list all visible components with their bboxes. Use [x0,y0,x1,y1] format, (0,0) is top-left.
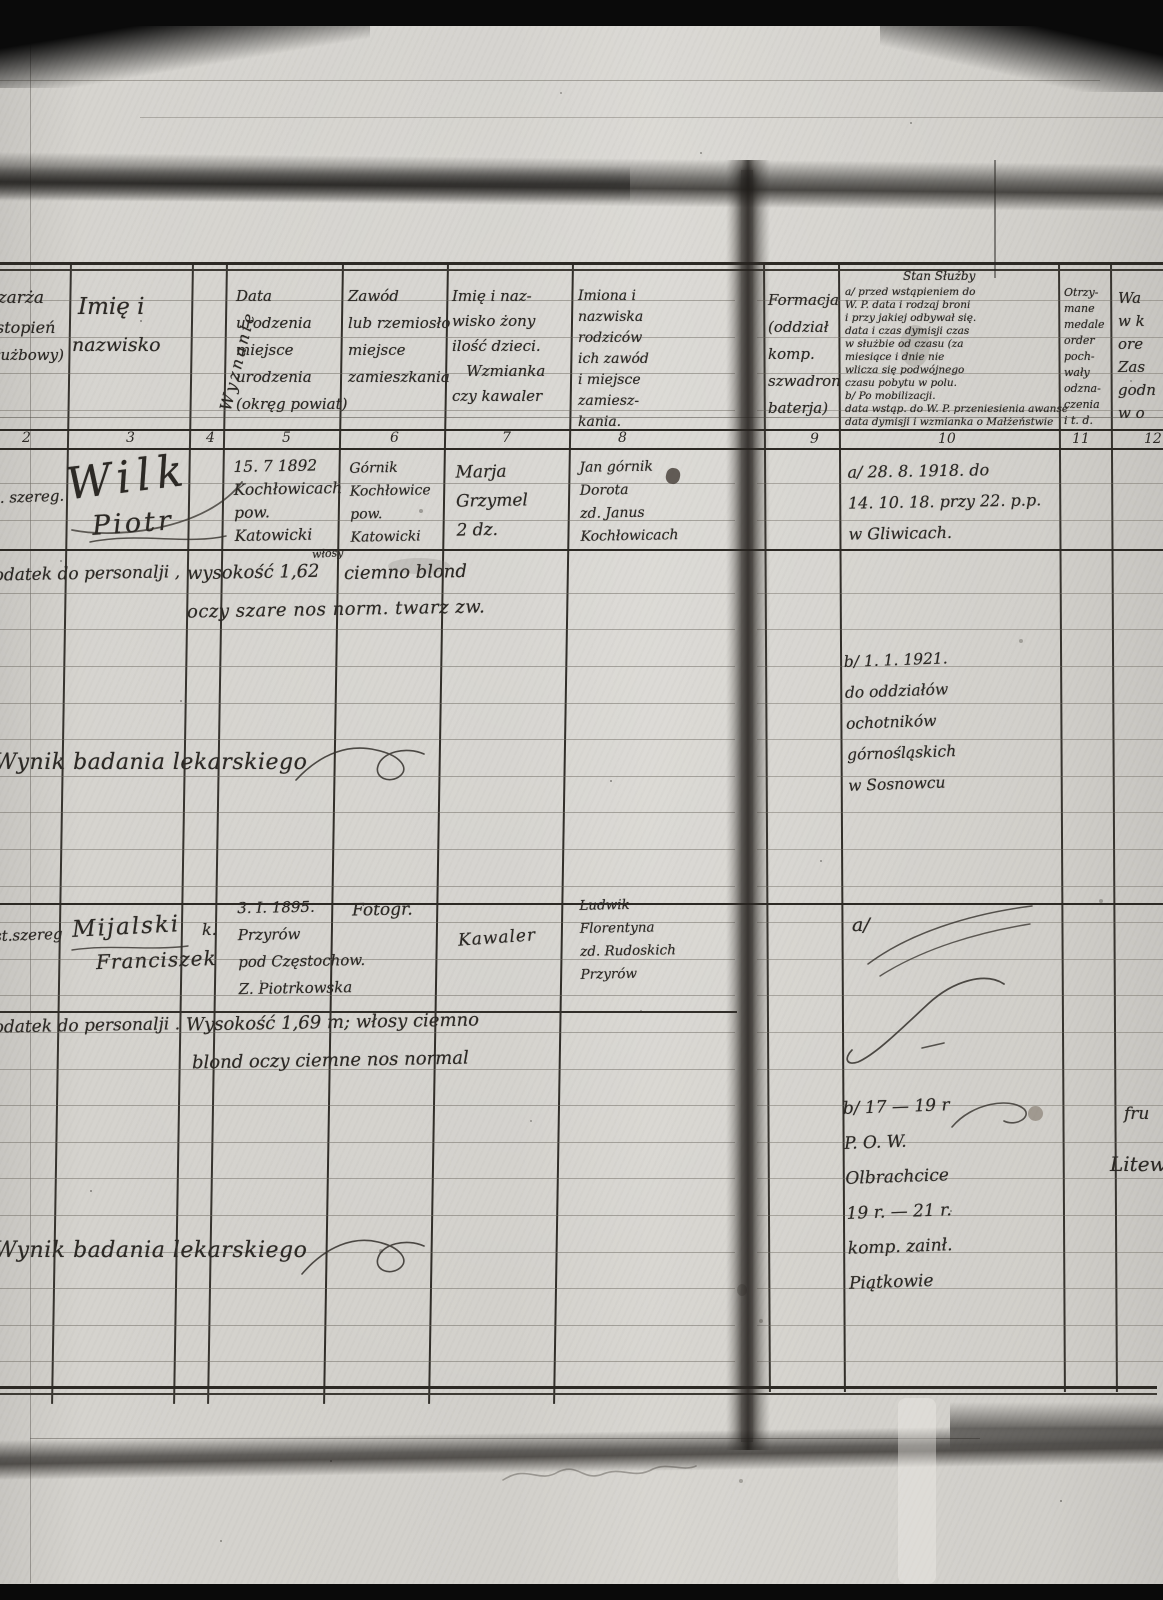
text-line: W. P. data i rodzaj broni [845,299,1068,312]
rule-line [0,995,735,996]
rule-line [140,117,1163,118]
text-line: i miejsce [578,370,649,391]
text-line: data wstąp. do W. P. przeniesienia awans… [845,403,1068,416]
rule-line [757,1252,1163,1253]
text-line: miesiące i dnie nie [845,351,1068,364]
text-line: nazwiska [578,307,649,328]
row1-rank: st. szereg. [0,487,64,508]
row1-birth: 15. 7 1892Kochłowicachpow.Katowicki [233,454,343,548]
text-line: Imiona i [578,286,649,307]
text-line: b/ Po mobilizacji. [845,390,1068,403]
column-number-9: 9 [810,431,819,447]
rule-line [757,1325,1163,1326]
text-line: i t. d. [1064,413,1105,429]
text-line: wały [1064,365,1105,381]
rule-line [757,886,1163,887]
text-line: Katowicki [350,525,431,549]
text-line: Kochłowicach [234,477,343,502]
text-line: odzna- [1064,381,1105,397]
text-line: godn [1118,379,1156,402]
table-line [0,1386,1157,1389]
text-line: komp. [768,341,841,368]
row2-religion: k. [202,920,217,939]
text-line: Z. Piotrkowska [238,974,365,1003]
text-line: zd. Janus [580,501,678,526]
column-number-5: 5 [282,430,291,446]
rule-line [0,80,1100,81]
text-line: w Sosnowcu [848,767,958,802]
rule-line [0,1361,735,1362]
header-col6: Zawódlub rzemiosłomiejscezamieszkania [348,283,450,391]
text-line: Kochłowicach [580,524,678,549]
header-col5: Dataurodzeniamiejsceurodzenia(okręg powi… [236,283,347,418]
text-line: ochotników [845,705,955,740]
text-line: Zawód [348,283,450,310]
header-col7: Imię i naz-wisko żonyilość dzieci. Wzmia… [452,284,545,409]
text-line: order [1064,333,1105,349]
document-scan: Szarża stopień służbowy) Imię i nazwisko… [0,0,1163,1600]
header-col3-line2: nazwisko [72,334,161,356]
rule-line [0,812,735,813]
rule-line [0,593,735,594]
text-line: kania. [578,412,649,433]
text-line: 15. 7 1892 [233,454,342,479]
row2-service-record-b: b/ 17 — 19 rP. O. W.Olbrachcice19 r. — 2… [842,1088,956,1302]
text-line: urodzenia [236,364,347,391]
text-line: (okręg powiat) [236,391,347,418]
text-line: a/ przed wstąpieniem do [845,286,1068,299]
column-number-12: 12 [1144,431,1162,447]
column-number-4: 4 [206,430,215,446]
rule-line [757,739,1163,740]
text-line: Przyrów [238,920,365,949]
header-col10: a/ przed wstąpieniem doW. P. data i rodz… [845,286,1068,429]
text-line: szwadron [768,368,841,395]
row1-note-hair: ciemno blond [344,561,467,584]
header-col12: Waw koreZasgodnw o [1118,287,1156,425]
text-line: ich zawód [578,349,649,370]
service-b-swash [946,1093,1041,1139]
paper-speckles [0,0,2,2]
text-line: czy kawaler [452,384,545,409]
text-line: P. O. W. [844,1123,952,1162]
header-col10-title: Stan Służby [903,269,975,283]
text-line: baterja) [768,395,841,422]
text-line: czenia [1064,397,1105,413]
text-line: Formacja [768,287,841,314]
column-number-2: 2 [22,430,31,446]
row1-note-insert: włosy [312,546,344,561]
text-line: mane [1064,301,1105,317]
text-line: b/ 17 — 19 r [842,1088,950,1127]
text-line: Data [236,283,347,310]
text-line: pow. [350,502,431,526]
header-col11: Otrzy-manemedaleorderpoch-wałyodzna-czen… [1064,285,1105,429]
rule-line [0,886,735,887]
rule-line [757,1178,1163,1179]
row1-note-height: wysokość 1,62 [187,561,320,584]
rule-line [757,1361,1163,1362]
rule-line [0,1142,735,1143]
text-line: b/ 1. 1. 1921. [843,643,953,678]
text-line: górnośląskich [847,736,957,771]
table-line [0,262,1163,265]
column-number-10: 10 [938,431,956,447]
film-edge-bottom [0,1584,1163,1600]
rule-line [0,666,735,667]
service-a-flourish [860,898,1045,980]
text-line: poch- [1064,349,1105,365]
column-number-8: 8 [618,430,627,446]
row1-occupation: GórnikKochłowicepow.Katowicki [349,456,432,549]
text-line: pod Częstochow. [238,947,365,976]
text-line: do oddziałów [844,674,954,709]
text-line: Marja [455,457,527,487]
rule-line [757,1142,1163,1143]
text-line: Olbrachcice [845,1158,953,1197]
margin-fragment-2: Litew [1110,1152,1163,1176]
text-line: Imię i naz- [452,284,545,309]
table-line [0,269,1163,271]
text-line: Jan górnik [579,455,677,480]
text-line: Florentyna [580,916,676,941]
text-line: czasu pobytu w polu. [845,377,1068,390]
table-line [30,25,31,1583]
text-line: w o [1118,402,1156,425]
rule-line [757,666,1163,667]
text-line: zd. Rudoskich [580,939,676,964]
row2-firstname: Franciszek [96,946,217,974]
rule-line [0,1178,735,1179]
column-number-3: 3 [126,430,135,446]
rule-line [757,1288,1163,1289]
text-line: komp. zainł. [847,1228,955,1267]
rule-line [0,703,735,704]
text-line: ore [1118,333,1156,356]
text-line: ilość dzieci. [452,334,545,359]
rule-line [757,1215,1163,1216]
table-line [0,549,1163,551]
column-number-6: 6 [390,430,399,446]
rule-line [757,593,1163,594]
column-number-11: 11 [1072,431,1090,447]
rule-line [30,1438,980,1439]
header-col9: Formacja(oddziałkomp.szwadronbaterja) [768,287,841,422]
header-col2-line2: stopień [0,318,55,337]
text-line: Kochłowice [350,479,431,503]
rule-line [0,629,735,630]
text-line: Katowicki [234,523,343,548]
header-col8: Imiona inazwiskarodzicówich zawódi miejs… [578,286,649,433]
row2-parents: LudwikFlorentynazd. RudoskichPrzyrów [579,893,676,987]
row1-parents: Jan górnikDorotazd. JanusKochłowicach [579,455,678,549]
text-line: wisko żony [452,309,545,334]
row2-rank: st.szereg [0,925,63,945]
film-edge-top [0,0,1163,26]
medical-exam-flourish [296,1226,431,1292]
text-line: zamiesz- [578,391,649,412]
text-line: 3. I. 1895. [237,893,364,922]
header-col2-line3: służbowy) [0,346,64,364]
table-line [0,1393,1157,1395]
rule-line [0,1105,735,1106]
text-line: Piątkowie [848,1263,956,1302]
text-line: 14. 10. 18. przy 22. p.p. [848,484,1042,518]
text-line: Zas [1118,356,1156,379]
text-line: Wa [1118,287,1156,310]
text-line: lub rzemiosło [348,310,450,337]
rule-line [757,629,1163,630]
text-line: w Gliwicach. [848,515,1042,549]
text-line: medale [1064,317,1105,333]
row1-family: MarjaGrzymel2 dz. [455,457,528,545]
text-line: 2 dz. [456,515,528,545]
text-line: Ludwik [579,893,675,918]
text-line: Dorota [580,478,678,503]
text-line: urodzenia [236,310,347,337]
row2-note-label: Dodatek do personalji . [0,1014,180,1037]
text-line: 19 r. — 21 r. [846,1193,954,1232]
row1-service-record-b: b/ 1. 1. 1921.do oddziałówochotnikówgórn… [843,643,957,802]
text-line: pow. [234,500,343,525]
text-line: miejsce [236,337,347,364]
text-line: a/ 28. 8. 1918. do [847,453,1041,487]
row1-medical-exam-label: Wynik badania lekarskiego [0,750,307,775]
header-col2-line1: Szarża [0,288,44,308]
text-line: wlicza się podwójnego [845,364,1068,377]
text-line: data dymisji i wzmianka o Małżeństwie [845,416,1068,429]
rule-line [757,812,1163,813]
service-s-flourish [836,970,1021,1070]
rule-line [757,776,1163,777]
row1-service-record-a: a/ 28. 8. 1918. do14. 10. 18. przy 22. p… [847,453,1042,549]
row2-medical-exam-label: Wynik badania lekarskiego [0,1238,307,1263]
column-number-7: 7 [502,430,511,446]
text-line: Wzmianka [452,359,545,384]
text-line: w k [1118,310,1156,333]
text-line: zamieszkania [348,364,450,391]
rule-line [0,1325,735,1326]
rule-line [0,849,735,850]
header-col3-line1: Imię i [78,294,145,320]
text-line: Górnik [349,456,430,480]
rule-line [757,703,1163,704]
row2-occupation: Fotogr. [352,899,413,920]
text-line: Otrzy- [1064,285,1105,301]
firstname-underline-flourish [88,530,228,546]
text-line: data i czas dymisji czas [845,325,1068,338]
text-line: rodziców [578,328,649,349]
row2-birth: 3. I. 1895.Przyrówpod Częstochow.Z. Piot… [237,893,366,1003]
row1-note-label: Dodatek do personalji , [0,562,180,585]
margin-fragment-1: fru [1124,1104,1149,1124]
text-line: Grzymel [456,486,528,516]
rule-line [757,849,1163,850]
pencil-scribble [498,1452,703,1490]
text-line: w służbie od czasu (za [845,338,1068,351]
medical-exam-flourish [292,736,432,798]
text-line: Przyrów [580,962,676,987]
text-line: (oddział [768,314,841,341]
text-line: i przy jakiej odbywał się. [845,312,1068,325]
text-line: miejsce [348,337,450,364]
rule-line [0,1215,735,1216]
